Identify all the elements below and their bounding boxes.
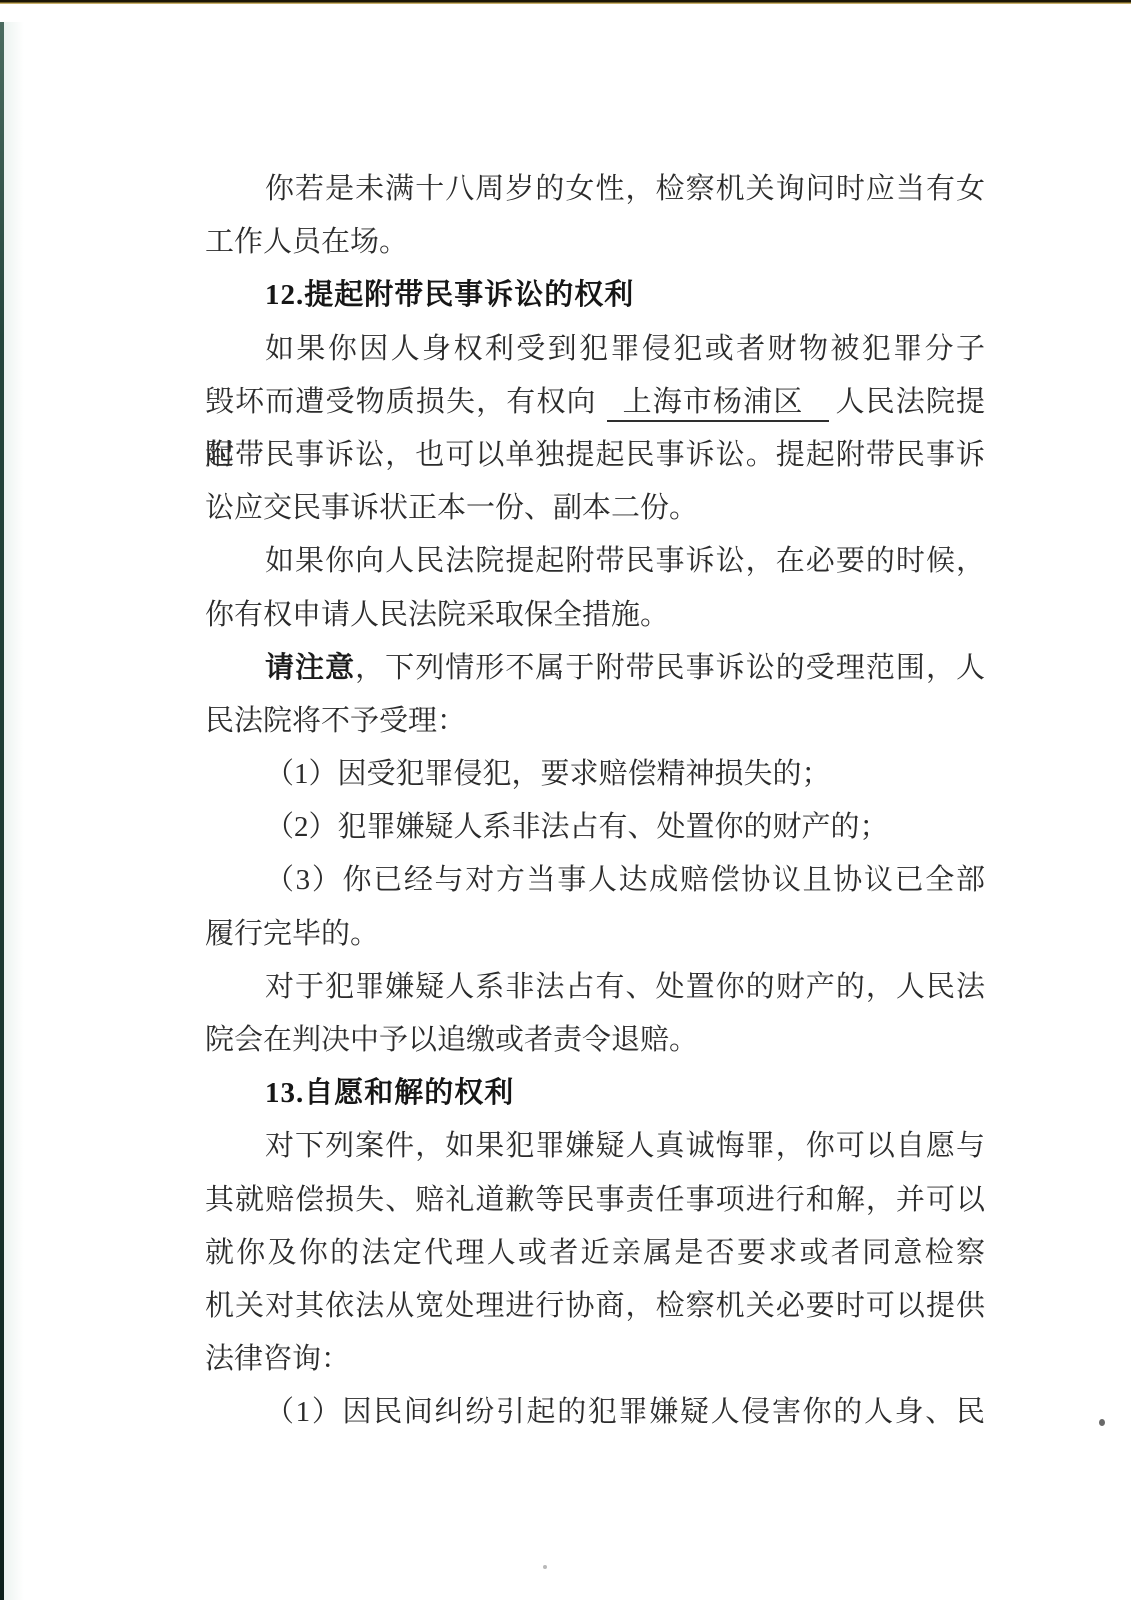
text-segment: 如果你因人身权利受到犯罪侵犯或者财物被犯罪分子 xyxy=(265,333,985,365)
text-line: 你有权申请人民法院采取保全措施。 xyxy=(205,589,985,642)
text-line: 毁坏而遭受物质损失，有权向上海市杨浦区人民法院提起 xyxy=(205,376,985,429)
text-line: （1）因民间纠纷引起的犯罪嫌疑人侵害你的人身、民 xyxy=(205,1386,985,1439)
text-segment: 机关对其依法从宽处理进行协商，检察机关必要时可以提供 xyxy=(205,1290,985,1322)
text-segment: 就你及你的法定代理人或者近亲属是否要求或者同意检察 xyxy=(205,1237,985,1269)
text-segment: 你若是未满十八周岁的女性，检察机关询问时应当有女 xyxy=(265,173,985,205)
text-segment: 对下列案件，如果犯罪嫌疑人真诚悔罪，你可以自愿与 xyxy=(265,1130,985,1162)
text-line: 请注意，下列情形不属于附带民事诉讼的受理范围，人 xyxy=(205,642,985,695)
text-line: 对于犯罪嫌疑人系非法占有、处置你的财产的，人民法 xyxy=(205,961,985,1014)
underlined-blank-court-name: 上海市杨浦区 xyxy=(607,386,830,422)
text-line: （1）因受犯罪侵犯，要求赔偿精神损失的； xyxy=(205,748,985,801)
text-line: 其就赔偿损失、赔礼道歉等民事责任事项进行和解，并可以 xyxy=(205,1174,985,1227)
text-line: 工作人员在场。 xyxy=(205,216,985,269)
text-line: 你若是未满十八周岁的女性，检察机关询问时应当有女 xyxy=(205,163,985,216)
text-line: 附带民事诉讼，也可以单独提起民事诉讼。提起附带民事诉 xyxy=(205,429,985,482)
text-segment: 民法院将不予受理： xyxy=(205,705,466,737)
text-segment: 请注意 xyxy=(265,652,355,684)
text-segment: 12.提起附带民事诉讼的权利 xyxy=(265,279,634,311)
scan-top-edge xyxy=(0,0,1131,4)
text-line: 民法院将不予受理： xyxy=(205,695,985,748)
text-segment: 附带民事诉讼，也可以单独提起民事诉讼。提起附带民事诉 xyxy=(205,439,985,471)
heading-line: 12.提起附带民事诉讼的权利 xyxy=(205,269,985,322)
scanned-document-page: 你若是未满十八周岁的女性，检察机关询问时应当有女工作人员在场。12.提起附带民事… xyxy=(0,0,1131,1600)
text-segment: 院会在判决中予以追缴或者责令退赔。 xyxy=(205,1024,698,1056)
text-segment: 工作人员在场。 xyxy=(205,226,408,258)
text-segment: 法律咨询： xyxy=(205,1343,350,1375)
text-segment: （1）因民间纠纷引起的犯罪嫌疑人侵害你的人身、民 xyxy=(265,1396,985,1428)
text-segment: 其就赔偿损失、赔礼道歉等民事责任事项进行和解，并可以 xyxy=(205,1184,985,1216)
text-line: 法律咨询： xyxy=(205,1333,985,1386)
text-segment: （3）你已经与对方当事人达成赔偿协议且协议已全部 xyxy=(265,864,985,896)
text-line: 院会在判决中予以追缴或者责令退赔。 xyxy=(205,1014,985,1067)
text-segment: 你有权申请人民法院采取保全措施。 xyxy=(205,599,669,631)
text-line: 讼应交民事诉状正本一份、副本二份。 xyxy=(205,482,985,535)
text-segment: 如果你向人民法院提起附带民事诉讼，在必要的时候， xyxy=(265,545,985,577)
text-segment: （1）因受犯罪侵犯，要求赔偿精神损失的； xyxy=(265,758,831,790)
text-line: 履行完毕的。 xyxy=(205,908,985,961)
text-segment: 履行完毕的。 xyxy=(205,918,379,950)
scan-speck xyxy=(1099,1419,1105,1426)
text-line: 如果你向人民法院提起附带民事诉讼，在必要的时候， xyxy=(205,535,985,588)
text-line: 如果你因人身权利受到犯罪侵犯或者财物被犯罪分子 xyxy=(205,323,985,376)
text-segment: ，下列情形不属于附带民事诉讼的受理范围，人 xyxy=(355,652,985,684)
text-segment: 毁坏而遭受物质损失，有权向 xyxy=(205,386,597,418)
text-line: 就你及你的法定代理人或者近亲属是否要求或者同意检察 xyxy=(205,1227,985,1280)
text-segment: 讼应交民事诉状正本一份、副本二份。 xyxy=(205,492,698,524)
document-text: 你若是未满十八周岁的女性，检察机关询问时应当有女工作人员在场。12.提起附带民事… xyxy=(205,163,985,1440)
text-line: 机关对其依法从宽处理进行协商，检察机关必要时可以提供 xyxy=(205,1280,985,1333)
scan-speck xyxy=(543,1565,547,1569)
text-segment: 13.自愿和解的权利 xyxy=(265,1077,514,1109)
text-line: （3）你已经与对方当事人达成赔偿协议且协议已全部 xyxy=(205,854,985,907)
text-segment: （2）犯罪嫌疑人系非法占有、处置你的财产的； xyxy=(265,811,889,843)
scan-left-tint xyxy=(4,22,24,1600)
text-segment: 对于犯罪嫌疑人系非法占有、处置你的财产的，人民法 xyxy=(265,971,985,1003)
heading-line: 13.自愿和解的权利 xyxy=(205,1067,985,1120)
text-line: （2）犯罪嫌疑人系非法占有、处置你的财产的； xyxy=(205,801,985,854)
text-line: 对下列案件，如果犯罪嫌疑人真诚悔罪，你可以自愿与 xyxy=(205,1120,985,1173)
